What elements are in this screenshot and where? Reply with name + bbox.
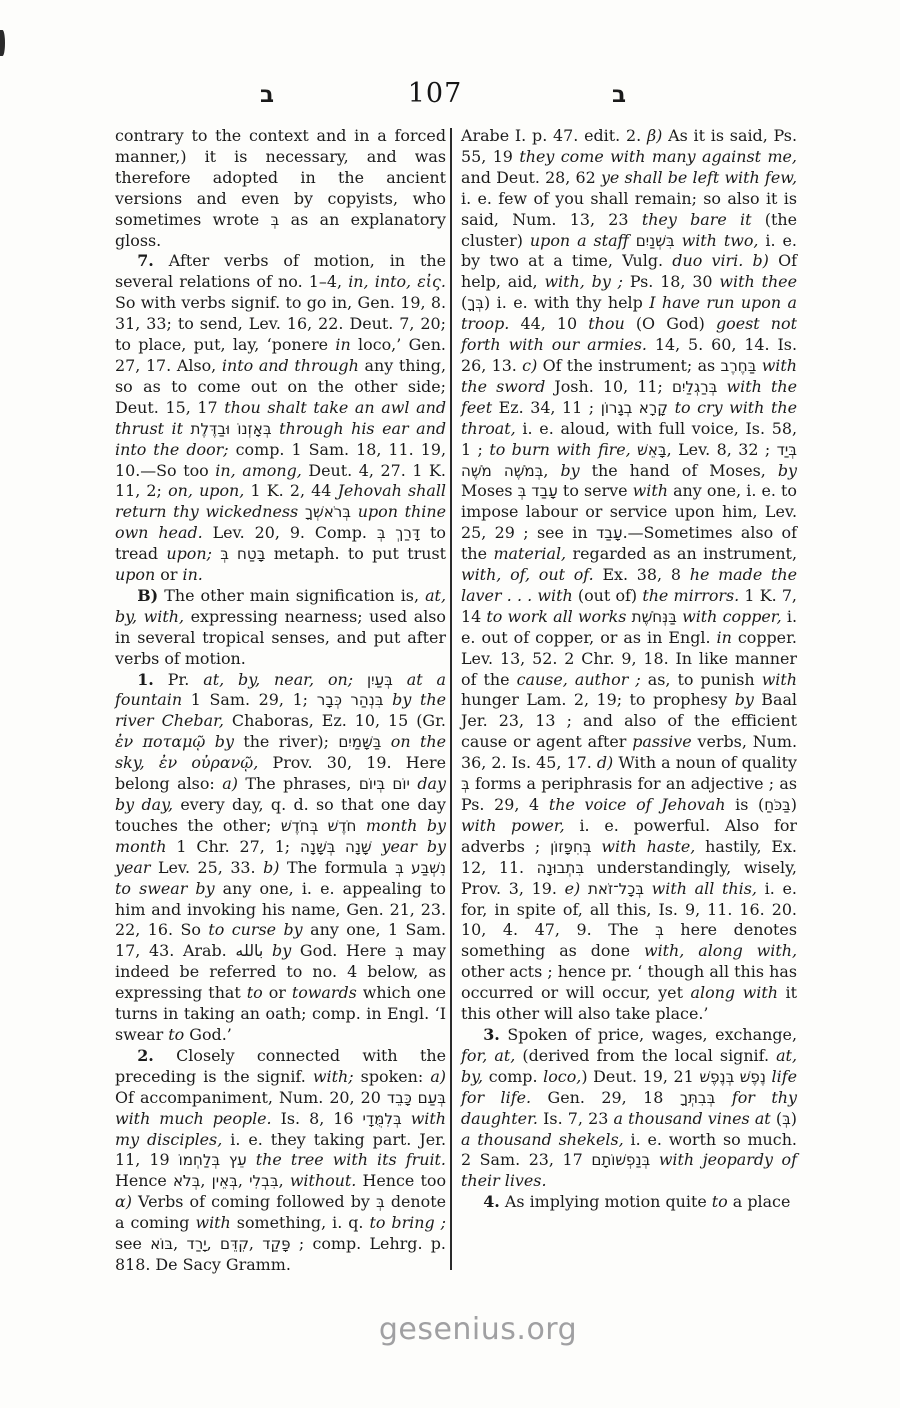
scanned-lexicon-page: ב 107 ב contrary to the context and in a… xyxy=(0,0,900,1408)
paragraph-continuation-right: Arabe I. p. 47. edit. 2. β) As it is sai… xyxy=(461,126,797,1025)
column-divider-rule xyxy=(450,128,452,1270)
paragraph-continuation: contrary to the context and in a forced … xyxy=(115,126,446,251)
page-header: ב 107 ב xyxy=(0,78,900,118)
paragraph-section-7: 7. After verbs of motion, in the several… xyxy=(115,251,446,586)
paragraph-section-3: 3. Spoken of price, wages, exchange, for… xyxy=(461,1025,797,1192)
paragraph-section-B: B) The other main signification is, at, … xyxy=(115,586,446,670)
right-column: Arabe I. p. 47. edit. 2. β) As it is sai… xyxy=(461,126,797,1213)
running-title-hebrew-letter-right: ב xyxy=(612,82,626,108)
running-title-hebrew-letter-left: ב xyxy=(260,82,274,108)
paragraph-section-4: 4. As implying motion quite to a place xyxy=(461,1192,797,1213)
page-number: 107 xyxy=(395,78,475,109)
scan-artifact xyxy=(0,30,5,56)
paragraph-section-1: 1. Pr. at, by, near, on; בְּעַיִן at a f… xyxy=(115,670,446,1046)
left-column: contrary to the context and in a forced … xyxy=(115,126,446,1276)
paragraph-section-2: 2. Closely connected with the preceding … xyxy=(115,1046,446,1276)
watermark: gesenius.org xyxy=(379,1312,577,1347)
